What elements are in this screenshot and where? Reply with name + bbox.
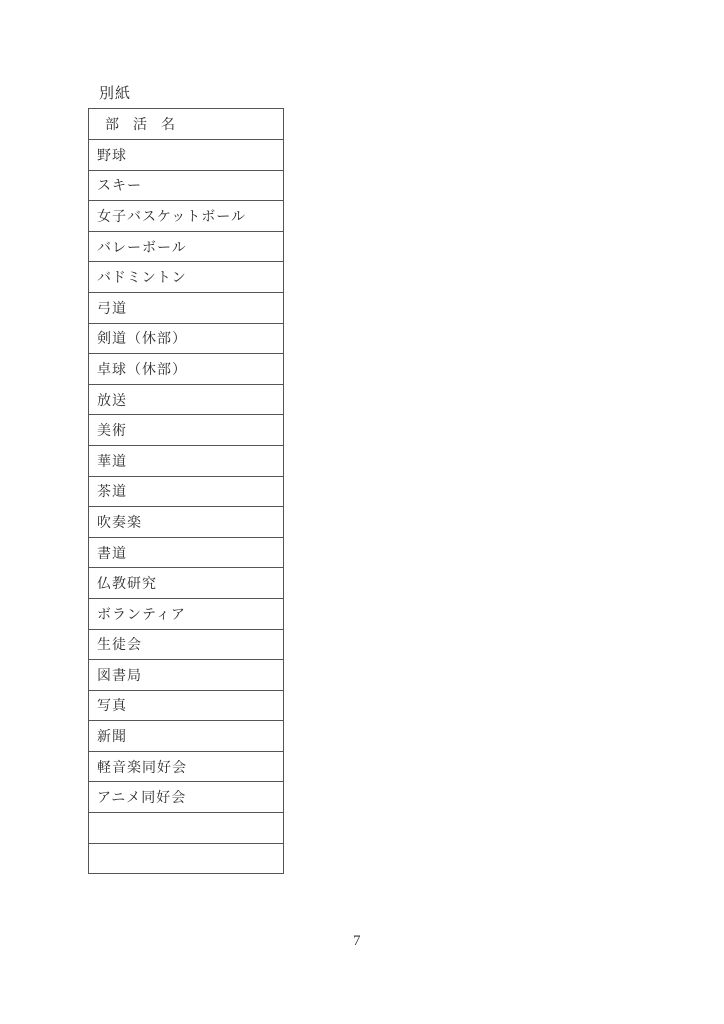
table-row: 新聞 [89,721,284,752]
club-name-cell: 女子バスケットボール [89,201,284,232]
club-name-cell: 野球 [89,140,284,171]
table-row: 女子バスケットボール [89,201,284,232]
club-name-cell: バレーボール [89,231,284,262]
table-row [89,843,284,874]
club-name-cell: 図書局 [89,660,284,691]
table-row: アニメ同好会 [89,782,284,813]
club-name-cell: 放送 [89,384,284,415]
club-name-cell: 軽音楽同好会 [89,751,284,782]
table-header-row: 部 活 名 [89,109,284,140]
table-row: 野球 [89,140,284,171]
club-name-cell: 華道 [89,445,284,476]
club-name-cell: 吹奏楽 [89,507,284,538]
club-name-cell: 新聞 [89,721,284,752]
table-row: ボランティア [89,598,284,629]
table-row: 吹奏楽 [89,507,284,538]
club-name-cell: 卓球（休部） [89,354,284,385]
table-row: 図書局 [89,660,284,691]
table-row: バレーボール [89,231,284,262]
table-row [89,813,284,844]
club-name-cell: 書道 [89,537,284,568]
table-header-cell: 部 活 名 [89,109,284,140]
table-row: 茶道 [89,476,284,507]
table-row: 卓球（休部） [89,354,284,385]
club-name-cell: 剣道（休部） [89,323,284,354]
club-name-cell: 茶道 [89,476,284,507]
club-name-cell: ボランティア [89,598,284,629]
table-row: 華道 [89,445,284,476]
table-row: 剣道（休部） [89,323,284,354]
club-name-cell [89,813,284,844]
table-row: バドミントン [89,262,284,293]
table-row: 生徒会 [89,629,284,660]
table-row: 写真 [89,690,284,721]
club-name-cell: バドミントン [89,262,284,293]
club-name-table: 部 活 名 野球 スキー 女子バスケットボール バレーボール バドミントン 弓道… [88,108,284,874]
table-row: 美術 [89,415,284,446]
table-row: 弓道 [89,292,284,323]
table-row: 書道 [89,537,284,568]
table-row: 軽音楽同好会 [89,751,284,782]
club-name-cell: アニメ同好会 [89,782,284,813]
document-page: 別紙 部 活 名 野球 スキー 女子バスケットボール バレーボール バドミントン… [0,0,724,1024]
club-name-cell: 仏教研究 [89,568,284,599]
club-name-cell: 生徒会 [89,629,284,660]
club-name-cell [89,843,284,874]
club-name-cell: 写真 [89,690,284,721]
table-row: 放送 [89,384,284,415]
table-row: 仏教研究 [89,568,284,599]
table-row: スキー [89,170,284,201]
club-name-cell: 弓道 [89,292,284,323]
annotation-label: 別紙 [99,82,131,103]
club-name-cell: スキー [89,170,284,201]
page-number: 7 [353,933,361,950]
club-name-cell: 美術 [89,415,284,446]
